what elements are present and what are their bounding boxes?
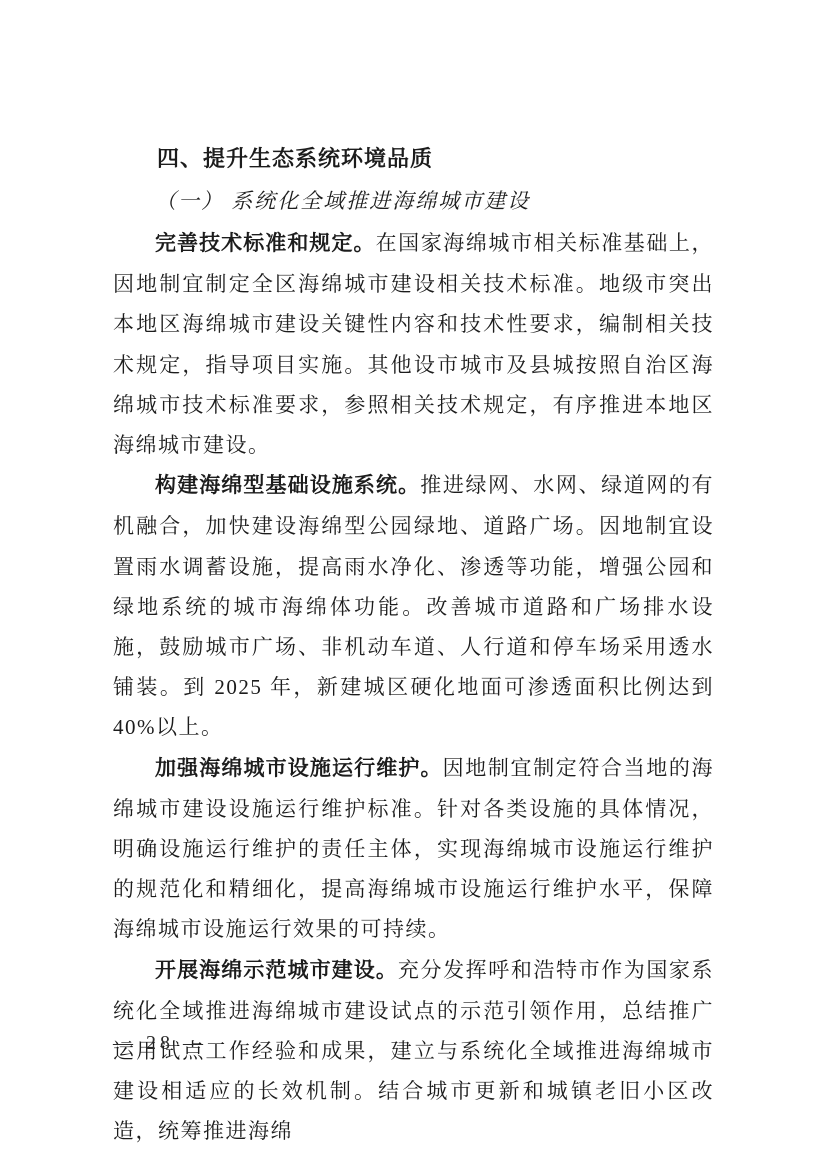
paragraph-facility-maintenance: 加强海绵城市设施运行维护。因地制宜制定符合当地的海绵城市建设设施运行维护标准。针… bbox=[113, 748, 714, 950]
document-content: 四、提升生态系统环境品质 （一） 系统化全域推进海绵城市建设 完善技术标准和规定… bbox=[113, 138, 714, 1152]
document-page: 四、提升生态系统环境品质 （一） 系统化全域推进海绵城市建设 完善技术标准和规定… bbox=[0, 0, 826, 1169]
paragraph-lead: 完善技术标准和规定。 bbox=[155, 232, 376, 255]
paragraph-technical-standards: 完善技术标准和规定。在国家海绵城市相关标准基础上，因地制宜制定全区海绵城市建设相… bbox=[113, 223, 714, 465]
section-heading: 四、提升生态系统环境品质 bbox=[113, 138, 714, 180]
paragraph-body: 因地制宜制定符合当地的海绵城市建设设施运行维护标准。针对各类设施的具体情况，明确… bbox=[113, 756, 714, 942]
paragraph-lead: 构建海绵型基础设施系统。 bbox=[155, 474, 420, 497]
page-number: — 28 — bbox=[113, 1032, 207, 1055]
paragraph-lead: 加强海绵城市设施运行维护。 bbox=[155, 757, 443, 780]
paragraph-body: 在国家海绵城市相关标准基础上，因地制宜制定全区海绵城市建设相关技术标准。地级市突… bbox=[113, 231, 714, 457]
paragraph-lead: 开展海绵示范城市建设。 bbox=[155, 959, 398, 982]
paragraph-body: 推进绿网、水网、绿道网的有机融合，加快建设海绵型公园绿地、道路广场。因地制宜设置… bbox=[113, 473, 714, 739]
subsection-heading: （一） 系统化全域推进海绵城市建设 bbox=[113, 180, 714, 223]
paragraph-sponge-infrastructure: 构建海绵型基础设施系统。推进绿网、水网、绿道网的有机融合，加快建设海绵型公园绿地… bbox=[113, 465, 714, 747]
